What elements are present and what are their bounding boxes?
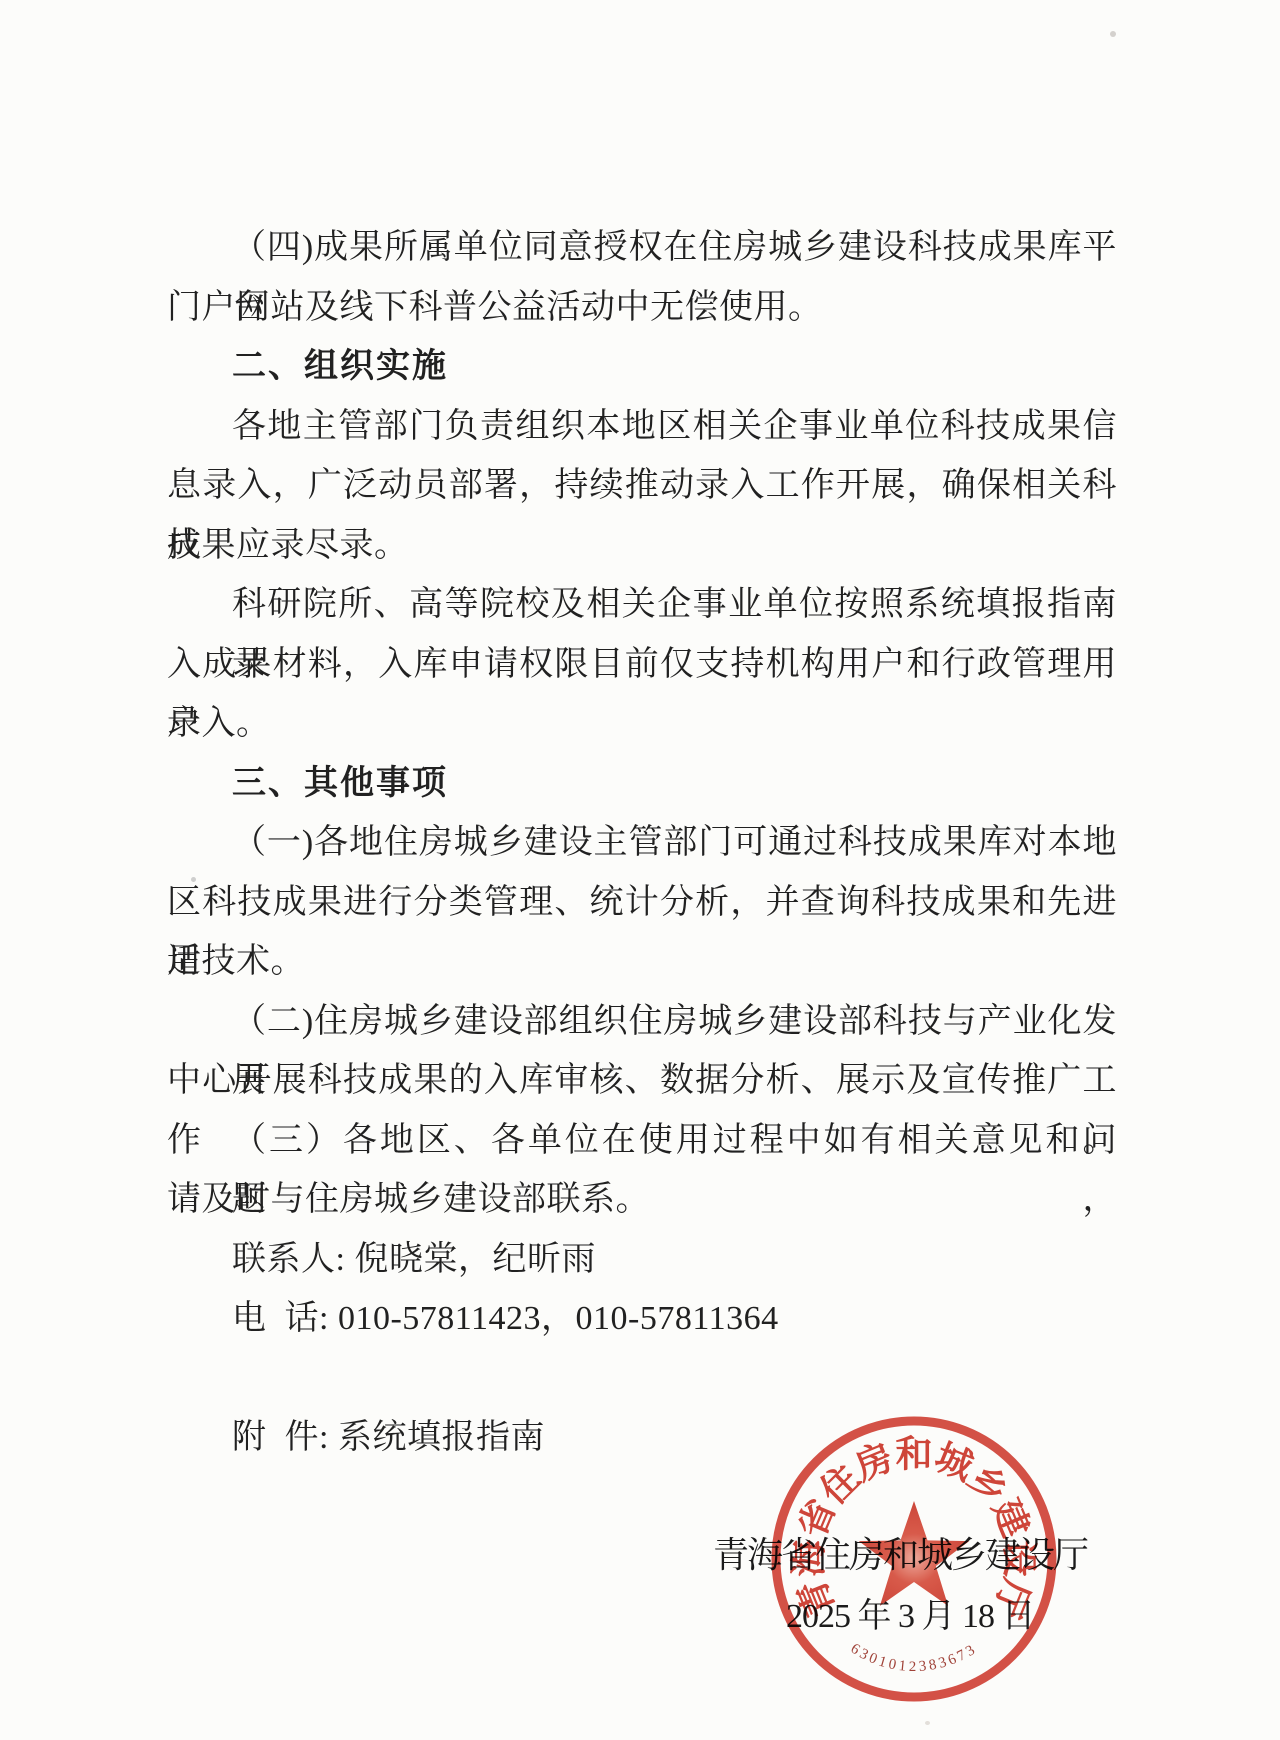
text-line: 成果应录尽录。 xyxy=(167,516,1117,576)
seal-star xyxy=(859,1501,969,1606)
text-line: 三、其他事项 xyxy=(167,754,1117,814)
scan-speck xyxy=(1110,31,1116,37)
text-line: 用技术。 xyxy=(167,932,1117,992)
text-line: 入成果材料，入库申请权限目前仅支持机构用户和行政管理用户 xyxy=(167,635,1117,695)
text-line: 二、组织实施 xyxy=(167,337,1117,397)
scan-speck xyxy=(191,877,196,882)
text-line: （三）各地区、各单位在使用过程中如有相关意见和问题， xyxy=(167,1111,1117,1171)
official-seal: 青 海 省 住 房 和 城 乡 建 设 厅 6301012383673 xyxy=(764,1409,1064,1709)
seal-arc-char: 和 xyxy=(896,1434,933,1476)
seal-serial: 6301012383673 xyxy=(848,1641,981,1675)
seal-arc-char: 青 xyxy=(791,1573,844,1623)
seal-arc-char: 厅 xyxy=(984,1573,1037,1623)
text-line: 科研院所、高等院校及相关企事业单位按照系统填报指南录 xyxy=(167,575,1117,635)
scan-speck xyxy=(925,1721,930,1725)
text-line: 录入。 xyxy=(167,694,1117,754)
text-line: 息录入，广泛动员部署，持续推动录入工作开展，确保相关科技 xyxy=(167,456,1117,516)
text-line xyxy=(167,1349,1117,1409)
text-line: 中心开展科技成果的入库审核、数据分析、展示及宣传推广工作。 xyxy=(167,1051,1117,1111)
text-line: 各地主管部门负责组织本地区相关企事业单位科技成果信 xyxy=(167,397,1117,457)
seal-arc-char: 设 xyxy=(997,1540,1039,1577)
text-line: 电 话: 010-57811423，010-57811364 xyxy=(167,1289,1117,1349)
seal-arc-char: 海 xyxy=(788,1540,830,1577)
text-line: 联系人: 倪晓棠，纪昕雨 xyxy=(167,1230,1117,1290)
text-line: （二)住房城乡建设部组织住房城乡建设部科技与产业化发展 xyxy=(167,992,1117,1052)
document-lines: （四)成果所属单位同意授权在住房城乡建设科技成果库平台门户网站及线下科普公益活动… xyxy=(167,218,1117,1468)
text-line: （四)成果所属单位同意授权在住房城乡建设科技成果库平台 xyxy=(167,218,1117,278)
text-line: 区科技成果进行分类管理、统计分析，并查询科技成果和先进适 xyxy=(167,873,1117,933)
text-line: 门户网站及线下科普公益活动中无偿使用。 xyxy=(167,278,1117,338)
text-line: （一)各地住房城乡建设主管部门可通过科技成果库对本地 xyxy=(167,813,1117,873)
document-page: （四)成果所属单位同意授权在住房城乡建设科技成果库平台门户网站及线下科普公益活动… xyxy=(0,0,1280,1740)
